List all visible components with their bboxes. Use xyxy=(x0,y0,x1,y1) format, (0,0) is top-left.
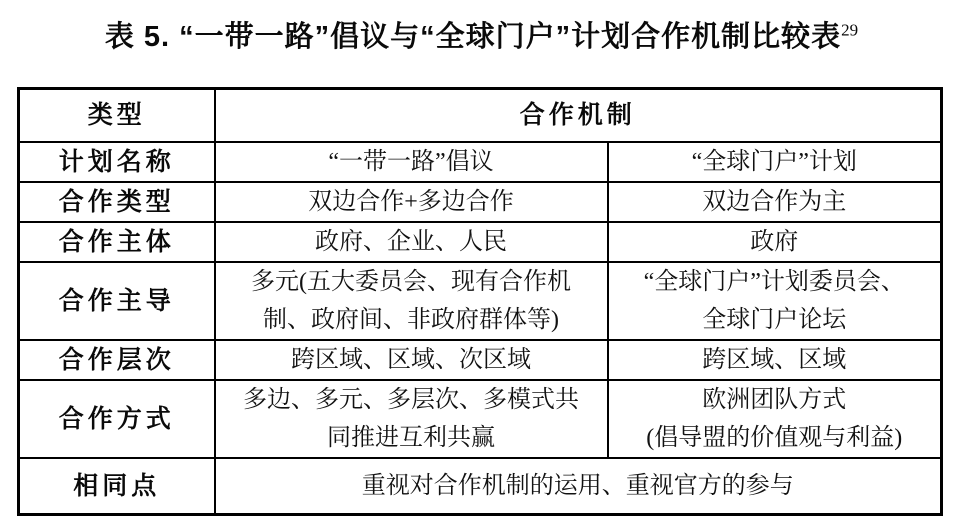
row-coop-type-gg-cell: 双边合作为主 xyxy=(608,182,942,222)
row-coop-subject-label: 合作主体 xyxy=(19,222,215,262)
row-coop-level-gg-cell: 跨区域、区域 xyxy=(608,340,942,380)
row-coop-lead-gg-cell: “全球门户”计划委员会、 全球门户论坛 xyxy=(608,262,942,340)
caption-footnote-ref: 29 xyxy=(841,20,858,39)
table-row: 合作主体 政府、企业、人民 政府 xyxy=(19,222,942,262)
row-coop-level-label: 合作层次 xyxy=(19,340,215,380)
row-similarity-value-cell: 重视对合作机制的运用、重视官方的参与 xyxy=(215,458,942,515)
table-row: 合作类型 双边合作+多边合作 双边合作为主 xyxy=(19,182,942,222)
header-mechanism-cell: 合作机制 xyxy=(215,89,942,142)
table-row: 类型 合作机制 xyxy=(19,89,942,142)
header-type-cell: 类型 xyxy=(19,89,215,142)
row-coop-mode-label: 合作方式 xyxy=(19,380,215,458)
table-row: 合作层次 跨区域、区域、次区域 跨区域、区域 xyxy=(19,340,942,380)
table-row: 合作主导 多元(五大委员会、现有合作机 制、政府间、非政府群体等) “全球门户”… xyxy=(19,262,942,340)
caption-text: 表 5. “一带一路”倡议与“全球门户”计划合作机制比较表 xyxy=(105,21,841,53)
row-coop-type-label: 合作类型 xyxy=(19,182,215,222)
row-coop-level-bri-cell: 跨区域、区域、次区域 xyxy=(215,340,608,380)
comparison-table: 类型 合作机制 计划名称 “一带一路”倡议 “全球门户”计划 合作类型 双边合作… xyxy=(17,87,943,516)
table-row: 合作方式 多边、多元、多层次、多模式共 同推进互利共赢 欧洲团队方式 (倡导盟的… xyxy=(19,380,942,458)
row-coop-mode-gg-cell: 欧洲团队方式 (倡导盟的价值观与利益) xyxy=(608,380,942,458)
row-coop-subject-gg-cell: 政府 xyxy=(608,222,942,262)
row-similarity-label: 相同点 xyxy=(19,458,215,515)
row-coop-lead-bri-cell: 多元(五大委员会、现有合作机 制、政府间、非政府群体等) xyxy=(215,262,608,340)
row-coop-mode-bri-cell: 多边、多元、多层次、多模式共 同推进互利共赢 xyxy=(215,380,608,458)
row-plan-name-gg-cell: “全球门户”计划 xyxy=(608,142,942,182)
table-row: 相同点 重视对合作机制的运用、重视官方的参与 xyxy=(19,458,942,515)
row-plan-name-bri-cell: “一带一路”倡议 xyxy=(215,142,608,182)
row-coop-lead-label: 合作主导 xyxy=(19,262,215,340)
row-coop-type-bri-cell: 双边合作+多边合作 xyxy=(215,182,608,222)
row-coop-subject-bri-cell: 政府、企业、人民 xyxy=(215,222,608,262)
row-plan-name-label: 计划名称 xyxy=(19,142,215,182)
table-row: 计划名称 “一带一路”倡议 “全球门户”计划 xyxy=(19,142,942,182)
table-caption: 表 5. “一带一路”倡议与“全球门户”计划合作机制比较表29 xyxy=(0,14,963,55)
